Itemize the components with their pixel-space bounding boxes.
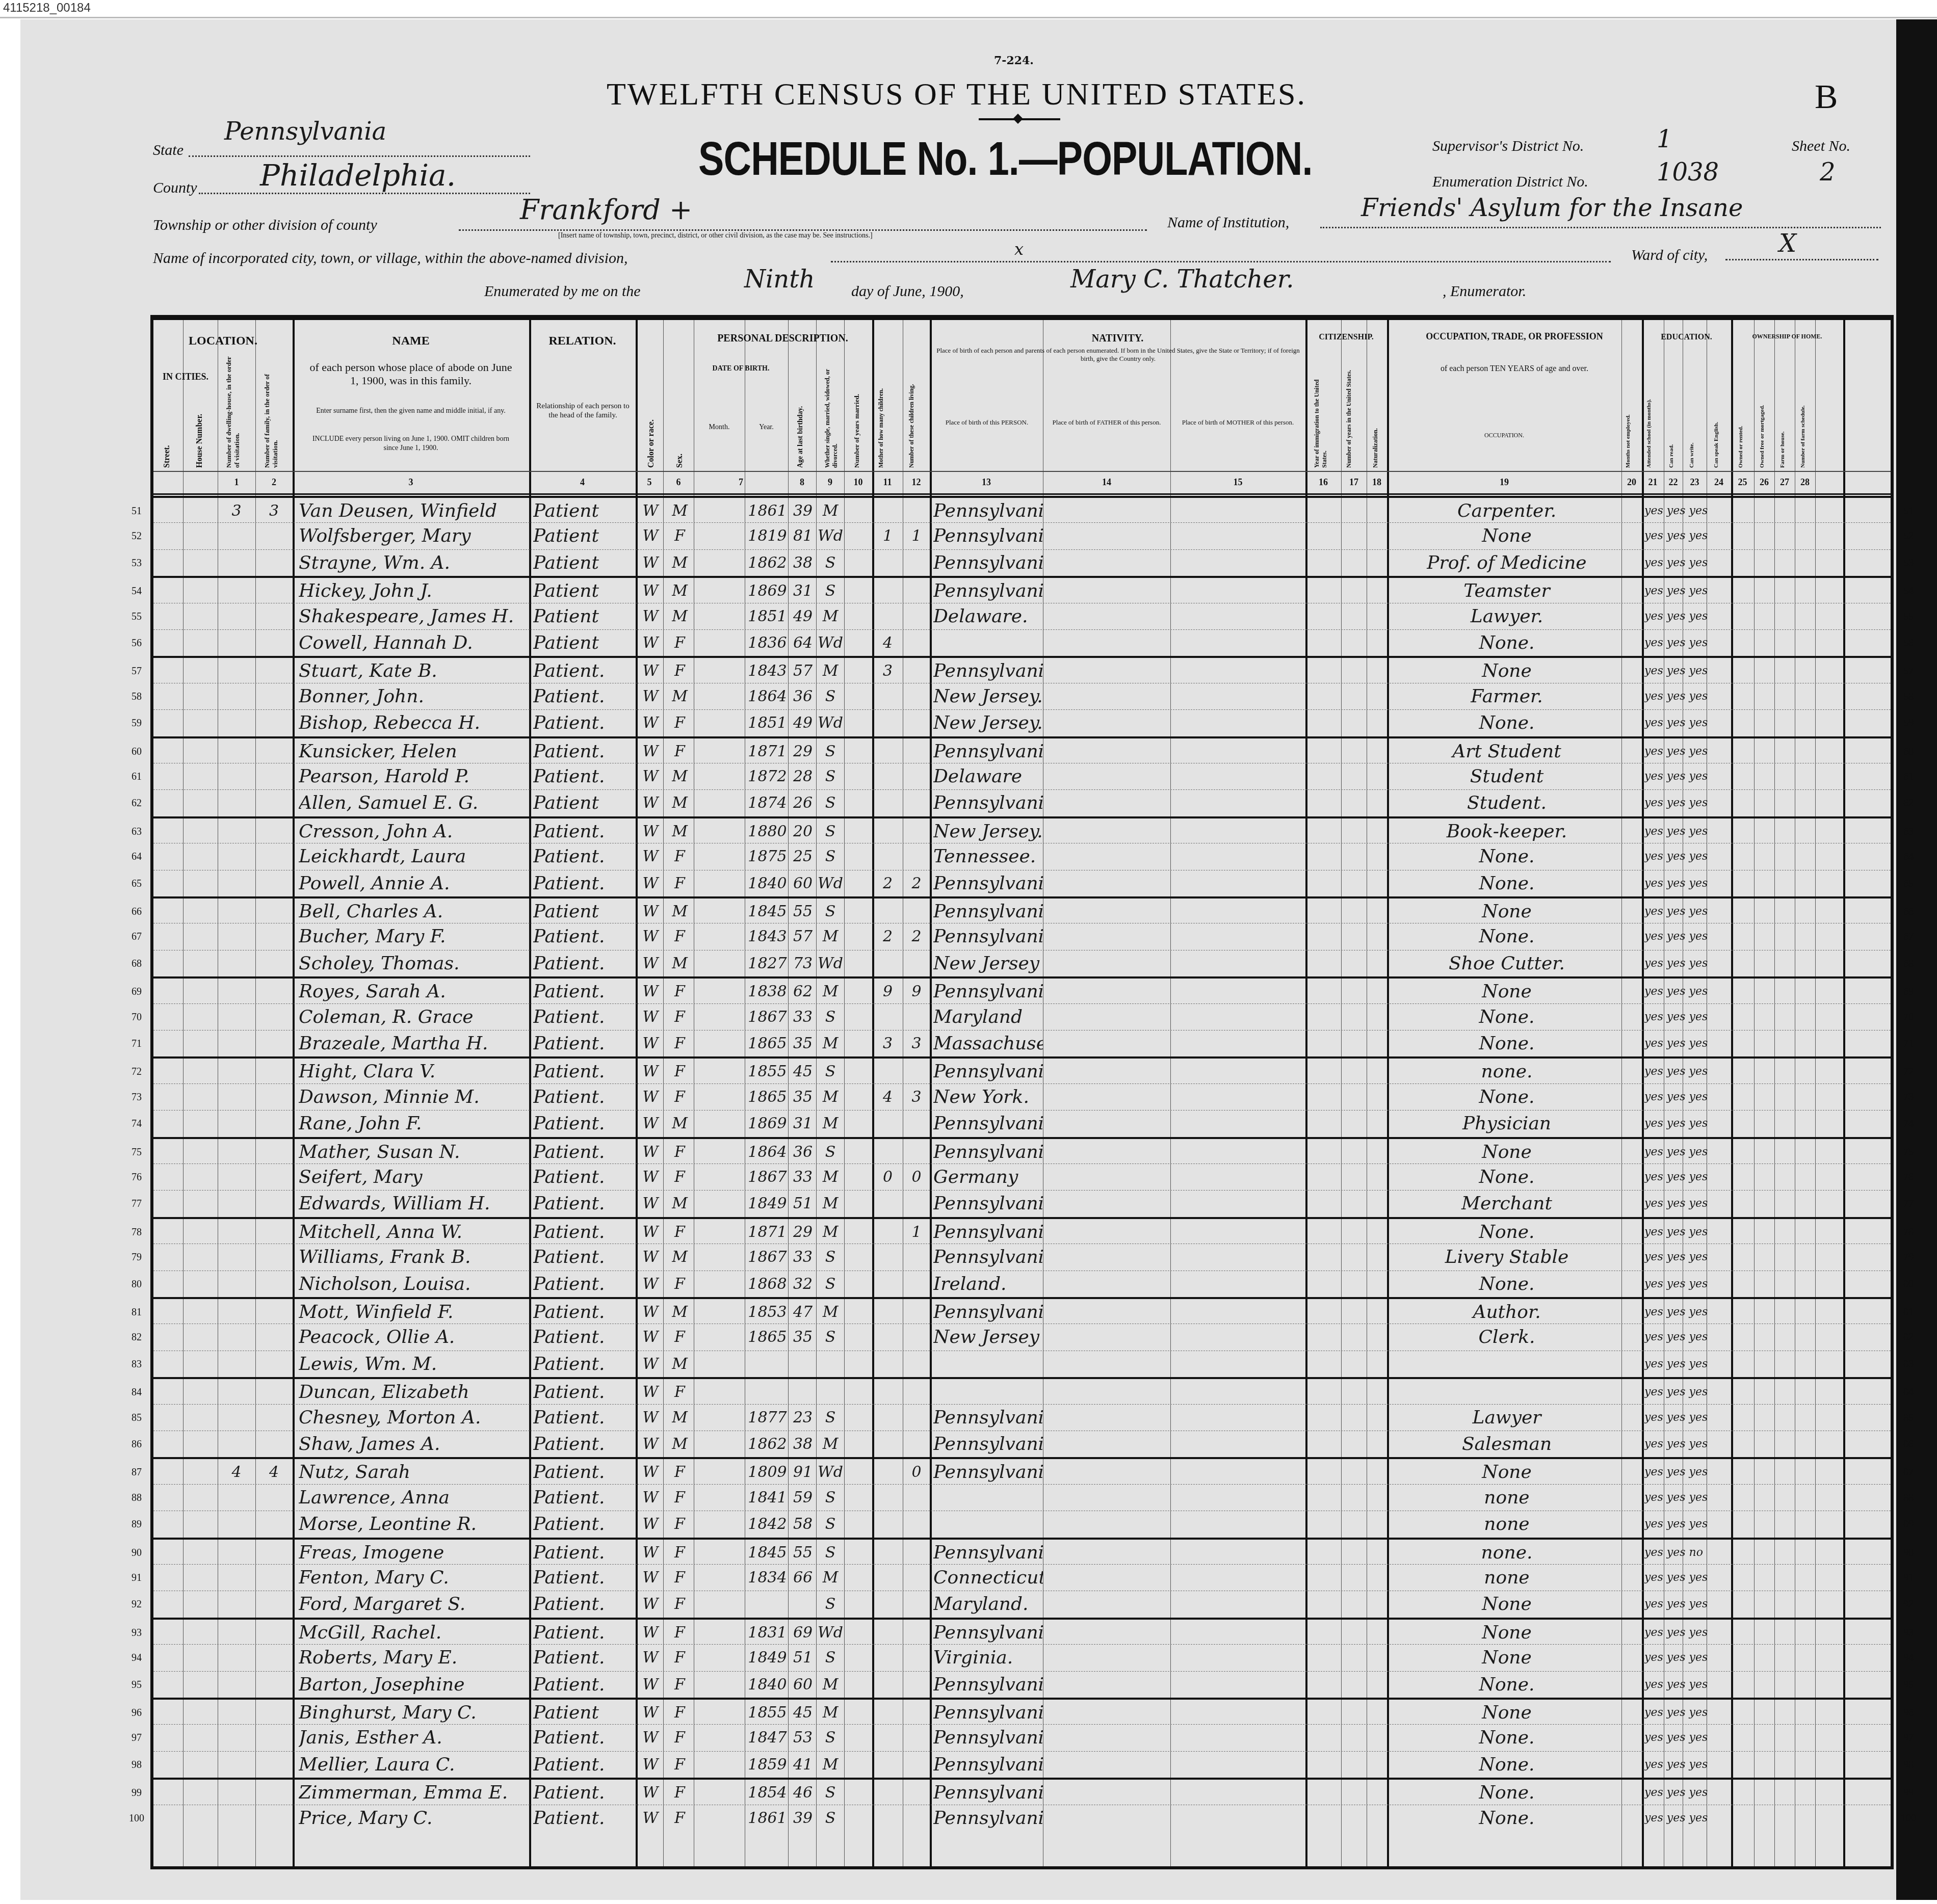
marital-status: M xyxy=(817,1219,844,1246)
line-number: 75 xyxy=(124,1139,149,1166)
line-number: 53 xyxy=(124,550,149,576)
birth-year: 1842 xyxy=(746,1511,789,1538)
years-married xyxy=(845,1485,872,1511)
color-race: W xyxy=(638,1752,663,1778)
person-name: Lawrence, Anna xyxy=(299,1485,528,1511)
children-living xyxy=(904,630,929,656)
header-can-speak-english: Can speak English. xyxy=(1713,386,1719,468)
occupation: None. xyxy=(1392,1084,1621,1110)
years-married xyxy=(845,710,872,736)
age: 31 xyxy=(790,578,816,604)
column-number: 2 xyxy=(255,477,293,488)
children-living xyxy=(904,683,929,710)
enumerator-value: Mary C. Thatcher. xyxy=(1070,265,1294,294)
children-living xyxy=(904,1511,929,1538)
family-number xyxy=(255,1164,293,1191)
children-living xyxy=(904,763,929,790)
line-number: 62 xyxy=(1896,790,1921,816)
place-of-birth: Pennsylvania xyxy=(933,1725,1043,1751)
table-row: 8686Shaw, James A.Patient.WM186238MPenns… xyxy=(153,1431,1891,1458)
education-values: yes yes yes xyxy=(1644,683,1731,710)
line-number: 98 xyxy=(124,1752,149,1778)
line-number: 84 xyxy=(124,1379,149,1406)
person-name: Cowell, Hannah D. xyxy=(299,630,528,656)
birth-year: 1871 xyxy=(746,738,789,765)
family-number xyxy=(255,898,293,925)
marital-status: Wd xyxy=(817,950,844,977)
line-number: 92 xyxy=(124,1591,149,1618)
years-married xyxy=(845,1219,872,1246)
mother-of-children xyxy=(874,1139,902,1166)
mother-of-children xyxy=(874,1591,902,1618)
age: 49 xyxy=(790,710,816,736)
column-number: 4 xyxy=(529,477,636,488)
years-married xyxy=(845,1030,872,1057)
years-married xyxy=(845,1110,872,1137)
education-values: yes yes yes xyxy=(1644,578,1731,604)
table-row: 9393McGill, Rachel.Patient.WF183169WdPen… xyxy=(153,1618,1891,1646)
supervisor-label: Supervisor's District No. xyxy=(1432,138,1584,155)
color-race: W xyxy=(638,950,663,977)
line-number: 65 xyxy=(1896,870,1921,897)
mother-of-children xyxy=(874,1059,902,1085)
header-pob-mother: Place of birth of MOTHER of this person. xyxy=(1173,417,1303,428)
years-married xyxy=(845,1725,872,1751)
sex: M xyxy=(666,763,694,790)
header-sex: Sex. xyxy=(675,432,685,468)
color-race: W xyxy=(638,1219,663,1246)
person-name: Shakespeare, James H. xyxy=(299,603,528,630)
birth-year: 1869 xyxy=(746,1110,789,1137)
color-race: W xyxy=(638,1672,663,1698)
relation: Patient. xyxy=(533,763,635,790)
table-row: 9999Zimmerman, Emma E.Patient.WF185446SP… xyxy=(153,1778,1891,1806)
line-number: 57 xyxy=(124,658,149,684)
age: 25 xyxy=(790,843,816,870)
line-number: 80 xyxy=(124,1271,149,1298)
line-number: 66 xyxy=(124,898,149,925)
family-number xyxy=(255,818,293,845)
header-marital: Whether single, married, widowed, or div… xyxy=(824,361,844,468)
occupation: None. xyxy=(1392,843,1621,870)
mother-of-children xyxy=(874,1511,902,1538)
relation: Patient. xyxy=(533,1752,635,1778)
line-number: 84 xyxy=(1896,1379,1921,1406)
family-number xyxy=(255,1485,293,1511)
education-values: yes yes yes xyxy=(1644,1752,1731,1778)
header-farm-schedule: Number of farm schedule. xyxy=(1800,361,1806,468)
birth-year: 1843 xyxy=(746,658,789,684)
children-living xyxy=(904,658,929,684)
education-values: yes yes yes xyxy=(1644,818,1731,845)
color-race: W xyxy=(638,1511,663,1538)
marital-status: S xyxy=(817,1244,844,1271)
family-number xyxy=(255,1511,293,1538)
children-living xyxy=(904,1244,929,1271)
birth-year: 1875 xyxy=(746,843,789,870)
table-row: 5454Hickey, John J.PatientWM186931SPenns… xyxy=(153,576,1891,604)
education-values: yes yes yes xyxy=(1644,1591,1731,1618)
color-race: W xyxy=(638,818,663,845)
education-values: yes yes yes xyxy=(1644,1805,1731,1832)
header-naturalization: Naturalization. xyxy=(1372,402,1379,468)
occupation: Lawyer. xyxy=(1392,603,1621,630)
place-of-birth: Ireland. xyxy=(933,1271,1043,1298)
dwelling-number xyxy=(218,950,255,977)
institution-value: Friends' Asylum for the Insane xyxy=(1361,194,1743,222)
form-number: 7-224. xyxy=(994,54,1034,67)
mother-of-children xyxy=(874,1379,902,1406)
dwelling-number xyxy=(218,1299,255,1326)
family-number xyxy=(255,1244,293,1271)
color-race: W xyxy=(638,923,663,950)
birth-year: 1872 xyxy=(746,763,789,790)
relation: Patient xyxy=(533,898,635,925)
person-name: Edwards, William H. xyxy=(299,1191,528,1217)
education-values: yes yes yes xyxy=(1644,1672,1731,1698)
occupation xyxy=(1392,1379,1621,1406)
children-living xyxy=(904,738,929,765)
children-living xyxy=(904,1700,929,1726)
occupation: None xyxy=(1392,979,1621,1005)
line-number: 72 xyxy=(124,1059,149,1085)
years-married xyxy=(845,1271,872,1298)
children-living xyxy=(904,710,929,736)
sex: F xyxy=(666,710,694,736)
education-values: yes yes yes xyxy=(1644,898,1731,925)
birth-year: 1868 xyxy=(746,1271,789,1298)
color-race: W xyxy=(638,1271,663,1298)
years-married xyxy=(845,550,872,576)
mother-of-children xyxy=(874,1620,902,1646)
sex: F xyxy=(666,1511,694,1538)
township-value: Frankford + xyxy=(520,194,692,226)
column-number: 7 xyxy=(694,477,788,488)
children-living: 3 xyxy=(904,1030,929,1057)
age: 36 xyxy=(790,1139,816,1166)
age: 51 xyxy=(790,1645,816,1671)
age: 33 xyxy=(790,1164,816,1191)
occupation: none. xyxy=(1392,1059,1621,1085)
column-number: 26 xyxy=(1754,477,1774,488)
person-name: Coleman, R. Grace xyxy=(299,1004,528,1030)
birth-year: 1809 xyxy=(746,1459,789,1486)
years-married xyxy=(845,630,872,656)
person-name: Nicholson, Louisa. xyxy=(299,1271,528,1298)
color-race: W xyxy=(638,523,663,549)
education-values: yes yes yes xyxy=(1644,1030,1731,1057)
age: 45 xyxy=(790,1059,816,1085)
header-relation-desc: Relationship of each person to the head … xyxy=(533,402,633,420)
sex: M xyxy=(666,1299,694,1326)
occupation: None xyxy=(1392,658,1621,684)
line-number: 51 xyxy=(1896,498,1921,524)
family-number xyxy=(255,1271,293,1298)
children-living xyxy=(904,1672,929,1698)
occupation: Book-keeper. xyxy=(1392,818,1621,845)
color-race: W xyxy=(638,1110,663,1137)
mother-of-children xyxy=(874,1752,902,1778)
years-married xyxy=(845,1191,872,1217)
relation: Patient. xyxy=(533,1271,635,1298)
sex: F xyxy=(666,658,694,684)
color-race: W xyxy=(638,1805,663,1832)
birth-year: 1864 xyxy=(746,1139,789,1166)
line-number: 85 xyxy=(124,1405,149,1431)
sex: F xyxy=(666,1700,694,1726)
place-of-birth: Pennsylvania xyxy=(933,1672,1043,1698)
column-number: 19 xyxy=(1387,477,1621,488)
years-married xyxy=(845,1004,872,1030)
line-number: 63 xyxy=(124,818,149,845)
header-relation: RELATION. xyxy=(529,334,636,348)
place-of-birth: Pennsylvania xyxy=(933,550,1043,576)
line-number: 63 xyxy=(1896,818,1921,845)
color-race: W xyxy=(638,683,663,710)
mother-of-children: 9 xyxy=(874,979,902,1005)
birth-year: 1849 xyxy=(746,1191,789,1217)
education-values: yes yes yes xyxy=(1644,1511,1731,1538)
header-in-cities: IN CITIES. xyxy=(153,371,218,382)
years-married xyxy=(845,898,872,925)
line-number: 59 xyxy=(124,710,149,736)
relation: Patient. xyxy=(533,1511,635,1538)
line-number: 86 xyxy=(124,1431,149,1458)
person-name: Van Deusen, Winfield xyxy=(299,498,528,524)
line-number: 100 xyxy=(124,1805,149,1832)
color-race: W xyxy=(638,1565,663,1591)
person-name: Cresson, John A. xyxy=(299,818,528,845)
birth-year: 1843 xyxy=(746,923,789,950)
header-nativity-desc: Place of birth of each person and parent… xyxy=(936,347,1300,363)
table-row: 9191Fenton, Mary C.Patient.WF183466MConn… xyxy=(153,1564,1891,1591)
years-married xyxy=(845,738,872,765)
education-values: yes yes yes xyxy=(1644,790,1731,816)
person-name: Dawson, Minnie M. xyxy=(299,1084,528,1110)
line-number: 83 xyxy=(1896,1351,1921,1378)
census-title: TWELFTH CENSUS OF THE UNITED STATES. xyxy=(607,76,1306,113)
ward-label: Ward of city, xyxy=(1631,247,1708,264)
sex: F xyxy=(666,1164,694,1191)
occupation: None. xyxy=(1392,870,1621,897)
color-race: W xyxy=(638,979,663,1005)
person-name: Kunsicker, Helen xyxy=(299,738,528,765)
sex: F xyxy=(666,1459,694,1486)
age: 41 xyxy=(790,1752,816,1778)
line-number: 60 xyxy=(124,738,149,765)
sex: F xyxy=(666,1780,694,1806)
marital-status: Wd xyxy=(817,630,844,656)
place-of-birth: Pennsylvania. xyxy=(933,578,1043,604)
person-name: Fenton, Mary C. xyxy=(299,1565,528,1591)
years-married xyxy=(845,1351,872,1378)
years-married xyxy=(845,1645,872,1671)
header-children-living: Number of these children living. xyxy=(908,361,928,468)
header-months-unemployed: Months not employed. xyxy=(1625,407,1640,468)
mother-of-children xyxy=(874,1645,902,1671)
relation: Patient. xyxy=(533,1459,635,1486)
dwelling-number xyxy=(218,898,255,925)
occupation: None. xyxy=(1392,1672,1621,1698)
person-name: Chesney, Morton A. xyxy=(299,1405,528,1431)
age: 69 xyxy=(790,1620,816,1646)
dwelling-number xyxy=(218,1645,255,1671)
relation: Patient. xyxy=(533,710,635,736)
line-number: 88 xyxy=(124,1485,149,1511)
color-race: W xyxy=(638,870,663,897)
occupation: Lawyer xyxy=(1392,1405,1621,1431)
children-living xyxy=(904,1431,929,1458)
person-name: Bishop, Rebecca H. xyxy=(299,710,528,736)
sex: F xyxy=(666,523,694,549)
person-name: Bonner, John. xyxy=(299,683,528,710)
mother-of-children xyxy=(874,498,902,524)
marital-status xyxy=(817,1351,844,1378)
table-row: 9696Binghurst, Mary C.PatientWF185545MPe… xyxy=(153,1698,1891,1726)
children-living xyxy=(904,1540,929,1566)
header-occupation-title: OCCUPATION, TRADE, OR PROFESSION xyxy=(1387,331,1642,342)
relation: Patient. xyxy=(533,1244,635,1271)
occupation xyxy=(1392,1351,1621,1378)
years-married xyxy=(845,1752,872,1778)
age: 33 xyxy=(790,1244,816,1271)
header-house-number: House Number. xyxy=(195,396,204,468)
header-nativity: NATIVITY. xyxy=(930,333,1305,345)
occupation: None. xyxy=(1392,1004,1621,1030)
mother-of-children: 4 xyxy=(874,1084,902,1110)
education-values: yes yes yes xyxy=(1644,1299,1731,1326)
education-values: yes yes yes xyxy=(1644,1379,1731,1406)
mother-of-children xyxy=(874,818,902,845)
children-living xyxy=(904,550,929,576)
table-row: 9090Freas, ImogenePatient.WF184555SPenns… xyxy=(153,1538,1891,1566)
line-number: 64 xyxy=(124,843,149,870)
color-race: W xyxy=(638,1244,663,1271)
color-race: W xyxy=(638,603,663,630)
occupation: None. xyxy=(1392,1805,1621,1832)
birth-year: 1849 xyxy=(746,1645,789,1671)
color-race: W xyxy=(638,1191,663,1217)
family-number: 3 xyxy=(255,498,293,524)
color-race: W xyxy=(638,1485,663,1511)
line-number: 86 xyxy=(1896,1431,1921,1458)
header-attended-school: Attended school (in months). xyxy=(1646,361,1661,468)
header-occupation-desc: of each person TEN YEARS of age and over… xyxy=(1392,363,1637,375)
table-row: 9292Ford, Margaret S.Patient.WFSMaryland… xyxy=(153,1591,1891,1618)
line-number: 60 xyxy=(1896,738,1921,765)
age: 57 xyxy=(790,923,816,950)
age: 35 xyxy=(790,1084,816,1110)
line-number: 87 xyxy=(1896,1459,1921,1486)
line-number: 99 xyxy=(124,1780,149,1806)
occupation: none xyxy=(1392,1511,1621,1538)
sex: M xyxy=(666,1431,694,1458)
birth-year: 1874 xyxy=(746,790,789,816)
occupation: Salesman xyxy=(1392,1431,1621,1458)
line-number: 77 xyxy=(124,1191,149,1217)
person-name: Duncan, Elizabeth xyxy=(299,1379,528,1406)
dwelling-number xyxy=(218,603,255,630)
mother-of-children xyxy=(874,763,902,790)
relation: Patient xyxy=(533,550,635,576)
city-line xyxy=(831,261,1611,262)
mother-of-children: 1 xyxy=(874,523,902,549)
family-number xyxy=(255,1379,293,1406)
mother-of-children xyxy=(874,578,902,604)
family-number xyxy=(255,1405,293,1431)
mother-of-children xyxy=(874,843,902,870)
line-number: 79 xyxy=(1896,1244,1921,1271)
line-number: 68 xyxy=(124,950,149,977)
years-married xyxy=(845,1459,872,1486)
birth-year: 1831 xyxy=(746,1620,789,1646)
marital-status: S xyxy=(817,683,844,710)
family-number xyxy=(255,578,293,604)
line-number: 90 xyxy=(1896,1540,1921,1566)
family-number xyxy=(255,630,293,656)
years-married xyxy=(845,843,872,870)
person-name: Roberts, Mary E. xyxy=(299,1645,528,1671)
years-married xyxy=(845,1511,872,1538)
header-family: Number of family, in the order of visita… xyxy=(263,351,289,468)
age: 23 xyxy=(790,1405,816,1431)
line-number: 74 xyxy=(124,1110,149,1137)
age: 64 xyxy=(790,630,816,656)
children-living xyxy=(904,1565,929,1591)
mother-of-children xyxy=(874,1780,902,1806)
color-race: W xyxy=(638,1780,663,1806)
years-married xyxy=(845,1620,872,1646)
children-living xyxy=(904,1059,929,1085)
person-name: Barton, Josephine xyxy=(299,1672,528,1698)
birth-year: 1819 xyxy=(746,523,789,549)
age: 38 xyxy=(790,550,816,576)
dwelling-number: 3 xyxy=(218,498,255,524)
table-row: 8383Lewis, Wm. M.Patient.WMyes yes yes xyxy=(153,1351,1891,1378)
years-married xyxy=(845,1431,872,1458)
age: 47 xyxy=(790,1299,816,1326)
birth-year: 1865 xyxy=(746,1030,789,1057)
table-row: 6868Scholey, Thomas.Patient.WM182773WdNe… xyxy=(153,950,1891,977)
birth-year: 1862 xyxy=(746,1431,789,1458)
table-row: 7575Mather, Susan N.Patient.WF186436SPen… xyxy=(153,1137,1891,1166)
family-number xyxy=(255,843,293,870)
header-name-desc: of each person whose place of abode on J… xyxy=(306,361,515,387)
sex: F xyxy=(666,1379,694,1406)
mother-of-children: 3 xyxy=(874,658,902,684)
children-living xyxy=(904,1780,929,1806)
birth-year: 1845 xyxy=(746,898,789,925)
children-living: 1 xyxy=(904,1219,929,1246)
place-of-birth: Massachusetts xyxy=(933,1030,1043,1057)
place-of-birth xyxy=(933,630,1043,656)
dwelling-number xyxy=(218,1219,255,1246)
county-value: Philadelphia. xyxy=(260,158,456,193)
family-number xyxy=(255,1004,293,1030)
person-name: Shaw, James A. xyxy=(299,1431,528,1458)
mother-of-children xyxy=(874,1004,902,1030)
table-row: 515133Van Deusen, WinfieldPatientWM18613… xyxy=(153,496,1891,524)
marital-status: S xyxy=(817,1511,844,1538)
color-race: W xyxy=(638,898,663,925)
place-of-birth: Pennsylvania xyxy=(933,1780,1043,1806)
birth-year: 1855 xyxy=(746,1700,789,1726)
line-number: 55 xyxy=(124,603,149,630)
mother-of-children xyxy=(874,1485,902,1511)
person-name: Scholey, Thomas. xyxy=(299,950,528,977)
line-number: 97 xyxy=(124,1725,149,1751)
ward-value: X xyxy=(1779,229,1796,258)
